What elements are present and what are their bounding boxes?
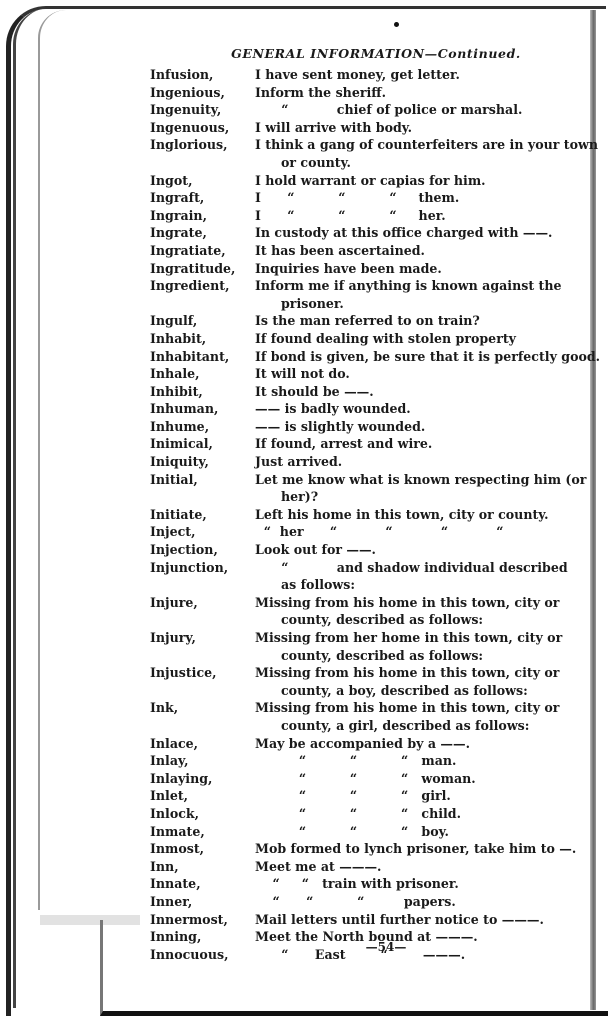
meaning-line: In custody at this office charged with —…: [255, 225, 552, 240]
meaning-continuation: her)?: [255, 488, 586, 506]
code-meaning: Inquiries have been made.: [255, 260, 582, 278]
meaning-line: “ “ train with prisoner.: [255, 876, 459, 891]
code-word: Ingenuous,: [150, 119, 255, 137]
code-word: Inhume,: [150, 418, 255, 436]
code-entry: Inlock, “ “ “ child.: [150, 805, 582, 823]
code-meaning: If found, arrest and wire.: [255, 435, 582, 453]
meaning-line: Missing from his home in this town, city…: [255, 665, 559, 680]
meaning-line: Meet me at ———.: [255, 859, 381, 874]
code-word: Ingenuity,: [150, 101, 255, 119]
meaning-continuation: county, described as follows:: [255, 647, 582, 665]
code-meaning: Mob formed to lynch prisoner, take him t…: [255, 840, 582, 858]
code-meaning: “ and shadow individual describedas foll…: [255, 559, 582, 594]
code-word: Innate,: [150, 875, 255, 893]
code-entry: Inhale,It will not do.: [150, 365, 582, 383]
meaning-continuation: county, described as follows:: [255, 611, 582, 629]
codebook-page: GENERAL INFORMATION—Continued. Infusion,…: [150, 46, 582, 963]
code-word: Inglorious,: [150, 136, 255, 171]
meaning-line: May be accompanied by a ——.: [255, 736, 470, 751]
code-word: Injustice,: [150, 664, 255, 699]
code-word: Ingratiate,: [150, 242, 255, 260]
meaning-line: Inquiries have been made.: [255, 261, 442, 276]
code-word: Ingredient,: [150, 277, 255, 312]
code-meaning: In custody at this office charged with —…: [255, 224, 582, 242]
code-entry: Ingredient,Inform me if anything is know…: [150, 277, 582, 312]
code-meaning: I “ “ “ them.: [255, 189, 582, 207]
code-meaning: —— is badly wounded.: [255, 400, 582, 418]
meaning-line: —— is slightly wounded.: [255, 419, 425, 434]
page-number: —54—: [150, 940, 602, 954]
code-word: Ingenious,: [150, 84, 255, 102]
meaning-line: “ “ “ girl.: [255, 788, 451, 803]
code-meaning: —— is slightly wounded.: [255, 418, 582, 436]
meaning-line: It will not do.: [255, 366, 350, 381]
code-entry: Injury,Missing from her home in this tow…: [150, 629, 582, 664]
meaning-continuation: prisoner.: [255, 295, 582, 313]
code-entry: Injustice,Missing from his home in this …: [150, 664, 582, 699]
meaning-line: “ her “ “ “ “: [255, 524, 504, 539]
meaning-line: Missing from his home in this town, city…: [255, 700, 559, 715]
code-entry: Inhabit,If found dealing with stolen pro…: [150, 330, 582, 348]
meaning-continuation: or county.: [255, 154, 598, 172]
meaning-line: “ “ “ woman.: [255, 771, 476, 786]
code-entry: Injection,Look out for ——.: [150, 541, 582, 559]
code-entry: Ingulf,Is the man referred to on train?: [150, 312, 582, 330]
code-word: Inhabit,: [150, 330, 255, 348]
code-meaning: I have sent money, get letter.: [255, 66, 582, 84]
code-meaning: Let me know what is known respecting him…: [255, 471, 586, 506]
code-entry: Ingrain,I “ “ “ her.: [150, 207, 582, 225]
code-word: Iniquity,: [150, 453, 255, 471]
code-meaning: Just arrived.: [255, 453, 582, 471]
code-entry: Inhume,—— is slightly wounded.: [150, 418, 582, 436]
code-meaning: “ her “ “ “ “: [255, 523, 582, 541]
meaning-line: If found dealing with stolen property: [255, 331, 516, 346]
code-meaning: “ “ “ girl.: [255, 787, 582, 805]
code-entry: Ingenuous,I will arrive with body.: [150, 119, 582, 137]
code-word: Injure,: [150, 594, 255, 629]
code-entry: Ingratiate,It has been ascertained.: [150, 242, 582, 260]
code-entry-list: Infusion,I have sent money, get letter.I…: [150, 66, 582, 963]
code-meaning: If found dealing with stolen property: [255, 330, 582, 348]
code-meaning: Inform me if anything is known against t…: [255, 277, 582, 312]
code-entry: Iniquity,Just arrived.: [150, 453, 582, 471]
meaning-line: Mail letters until further notice to ———…: [255, 912, 544, 927]
code-meaning: Meet me at ———.: [255, 858, 582, 876]
meaning-line: “ “ “ boy.: [255, 824, 449, 839]
code-meaning: “ “ “ boy.: [255, 823, 582, 841]
meaning-line: —— is badly wounded.: [255, 401, 411, 416]
code-entry: Inject, “ her “ “ “ “: [150, 523, 582, 541]
code-word: Ingrate,: [150, 224, 255, 242]
code-meaning: “ “ “ man.: [255, 752, 582, 770]
code-entry: Ingot,I hold warrant or capias for him.: [150, 172, 582, 190]
code-meaning: I hold warrant or capias for him.: [255, 172, 582, 190]
meaning-line: Inform the sheriff.: [255, 85, 386, 100]
code-meaning: “ “ train with prisoner.: [255, 875, 582, 893]
code-word: Inlace,: [150, 735, 255, 753]
meaning-line: Missing from his home in this town, city…: [255, 595, 559, 610]
code-entry: Initiate,Left his home in this town, cit…: [150, 506, 582, 524]
meaning-line: Left his home in this town, city or coun…: [255, 507, 549, 522]
meaning-line: Missing from her home in this town, city…: [255, 630, 562, 645]
code-entry: Ingenuity, “ chief of police or marshal.: [150, 101, 582, 119]
code-entry: Inmost,Mob formed to lynch prisoner, tak…: [150, 840, 582, 858]
code-meaning: It will not do.: [255, 365, 582, 383]
code-meaning: If bond is given, be sure that it is per…: [255, 348, 600, 366]
code-meaning: Missing from his home in this town, city…: [255, 594, 582, 629]
code-word: Injunction,: [150, 559, 255, 594]
code-entry: Initial,Let me know what is known respec…: [150, 471, 582, 506]
code-meaning: May be accompanied by a ——.: [255, 735, 582, 753]
code-word: Ingratitude,: [150, 260, 255, 278]
code-word: Initial,: [150, 471, 255, 506]
code-word: Inhale,: [150, 365, 255, 383]
meaning-continuation: as follows:: [255, 576, 582, 594]
code-word: Infusion,: [150, 66, 255, 84]
code-entry: Inlay, “ “ “ man.: [150, 752, 582, 770]
code-entry: Innermost,Mail letters until further not…: [150, 911, 582, 929]
code-entry: Ingenious,Inform the sheriff.: [150, 84, 582, 102]
code-word: Innermost,: [150, 911, 255, 929]
code-word: Inhabitant,: [150, 348, 255, 366]
code-meaning: Missing from her home in this town, city…: [255, 629, 582, 664]
meaning-line: I hold warrant or capias for him.: [255, 173, 486, 188]
code-meaning: “ “ “ papers.: [255, 893, 582, 911]
meaning-line: Mob formed to lynch prisoner, take him t…: [255, 841, 576, 856]
meaning-line: “ chief of police or marshal.: [255, 102, 522, 117]
page-header: GENERAL INFORMATION—Continued.: [150, 46, 582, 61]
code-entry: Inhibit,It should be ——.: [150, 383, 582, 401]
code-entry: Infusion,I have sent money, get letter.: [150, 66, 582, 84]
code-word: Inlock,: [150, 805, 255, 823]
code-word: Initiate,: [150, 506, 255, 524]
code-word: Ingulf,: [150, 312, 255, 330]
code-entry: Inglorious,I think a gang of counterfeit…: [150, 136, 582, 171]
code-entry: Injunction, “ and shadow individual desc…: [150, 559, 582, 594]
code-word: Inject,: [150, 523, 255, 541]
code-entry: Ingratitude,Inquiries have been made.: [150, 260, 582, 278]
code-meaning: I think a gang of counterfeiters are in …: [255, 136, 598, 171]
code-word: Injury,: [150, 629, 255, 664]
code-word: Inimical,: [150, 435, 255, 453]
code-word: Ingot,: [150, 172, 255, 190]
meaning-line: I have sent money, get letter.: [255, 67, 460, 82]
code-word: Injection,: [150, 541, 255, 559]
meaning-line: Is the man referred to on train?: [255, 313, 480, 328]
code-entry: Inmate, “ “ “ boy.: [150, 823, 582, 841]
meaning-line: I think a gang of counterfeiters are in …: [255, 137, 598, 152]
code-entry: Ingraft,I “ “ “ them.: [150, 189, 582, 207]
code-entry: Ink,Missing from his home in this town, …: [150, 699, 582, 734]
code-meaning: I will arrive with body.: [255, 119, 582, 137]
code-meaning: Inform the sheriff.: [255, 84, 582, 102]
meaning-line: “ and shadow individual described: [255, 560, 568, 575]
code-meaning: “ “ “ woman.: [255, 770, 582, 788]
code-meaning: It should be ——.: [255, 383, 582, 401]
code-entry: Ingrate,In custody at this office charge…: [150, 224, 582, 242]
meaning-line: Let me know what is known respecting him…: [255, 472, 586, 487]
code-entry: Inhuman,—— is badly wounded.: [150, 400, 582, 418]
meaning-line: Inform me if anything is known against t…: [255, 278, 562, 293]
meaning-line: I will arrive with body.: [255, 120, 412, 135]
meaning-line: If found, arrest and wire.: [255, 436, 432, 451]
meaning-line: If bond is given, be sure that it is per…: [255, 349, 600, 364]
meaning-line: It has been ascertained.: [255, 243, 425, 258]
code-word: Ink,: [150, 699, 255, 734]
meaning-line: I “ “ “ them.: [255, 190, 459, 205]
code-word: Inlaying,: [150, 770, 255, 788]
meaning-line: Look out for ——.: [255, 542, 376, 557]
meaning-line: It should be ——.: [255, 384, 374, 399]
code-entry: Inlet, “ “ “ girl.: [150, 787, 582, 805]
meaning-continuation: county, a boy, described as follows:: [255, 682, 582, 700]
code-meaning: “ chief of police or marshal.: [255, 101, 582, 119]
code-word: Ingraft,: [150, 189, 255, 207]
ink-dot: [394, 22, 399, 27]
meaning-continuation: county, a girl, described as follows:: [255, 717, 582, 735]
meaning-line: I “ “ “ her.: [255, 208, 446, 223]
code-meaning: Mail letters until further notice to ———…: [255, 911, 582, 929]
code-entry: Inner, “ “ “ papers.: [150, 893, 582, 911]
code-entry: Inlaying, “ “ “ woman.: [150, 770, 582, 788]
code-word: Inn,: [150, 858, 255, 876]
code-meaning: Missing from his home in this town, city…: [255, 699, 582, 734]
code-word: Inlet,: [150, 787, 255, 805]
code-meaning: I “ “ “ her.: [255, 207, 582, 225]
code-meaning: Is the man referred to on train?: [255, 312, 582, 330]
code-word: Inner,: [150, 893, 255, 911]
meaning-line: Just arrived.: [255, 454, 342, 469]
code-meaning: Look out for ——.: [255, 541, 582, 559]
code-meaning: “ “ “ child.: [255, 805, 582, 823]
code-entry: Injure,Missing from his home in this tow…: [150, 594, 582, 629]
code-entry: Innate, “ “ train with prisoner.: [150, 875, 582, 893]
code-word: Inlay,: [150, 752, 255, 770]
code-word: Inhibit,: [150, 383, 255, 401]
code-meaning: It has been ascertained.: [255, 242, 582, 260]
code-word: Inhuman,: [150, 400, 255, 418]
code-entry: Inn,Meet me at ———.: [150, 858, 582, 876]
code-word: Inmost,: [150, 840, 255, 858]
code-entry: Inlace,May be accompanied by a ——.: [150, 735, 582, 753]
code-entry: Inhabitant,If bond is given, be sure tha…: [150, 348, 582, 366]
code-word: Ingrain,: [150, 207, 255, 225]
code-meaning: Missing from his home in this town, city…: [255, 664, 582, 699]
meaning-line: “ “ “ man.: [255, 753, 456, 768]
code-entry: Inimical,If found, arrest and wire.: [150, 435, 582, 453]
code-word: Inmate,: [150, 823, 255, 841]
code-meaning: Left his home in this town, city or coun…: [255, 506, 582, 524]
meaning-line: “ “ “ child.: [255, 806, 461, 821]
meaning-line: “ “ “ papers.: [255, 894, 456, 909]
